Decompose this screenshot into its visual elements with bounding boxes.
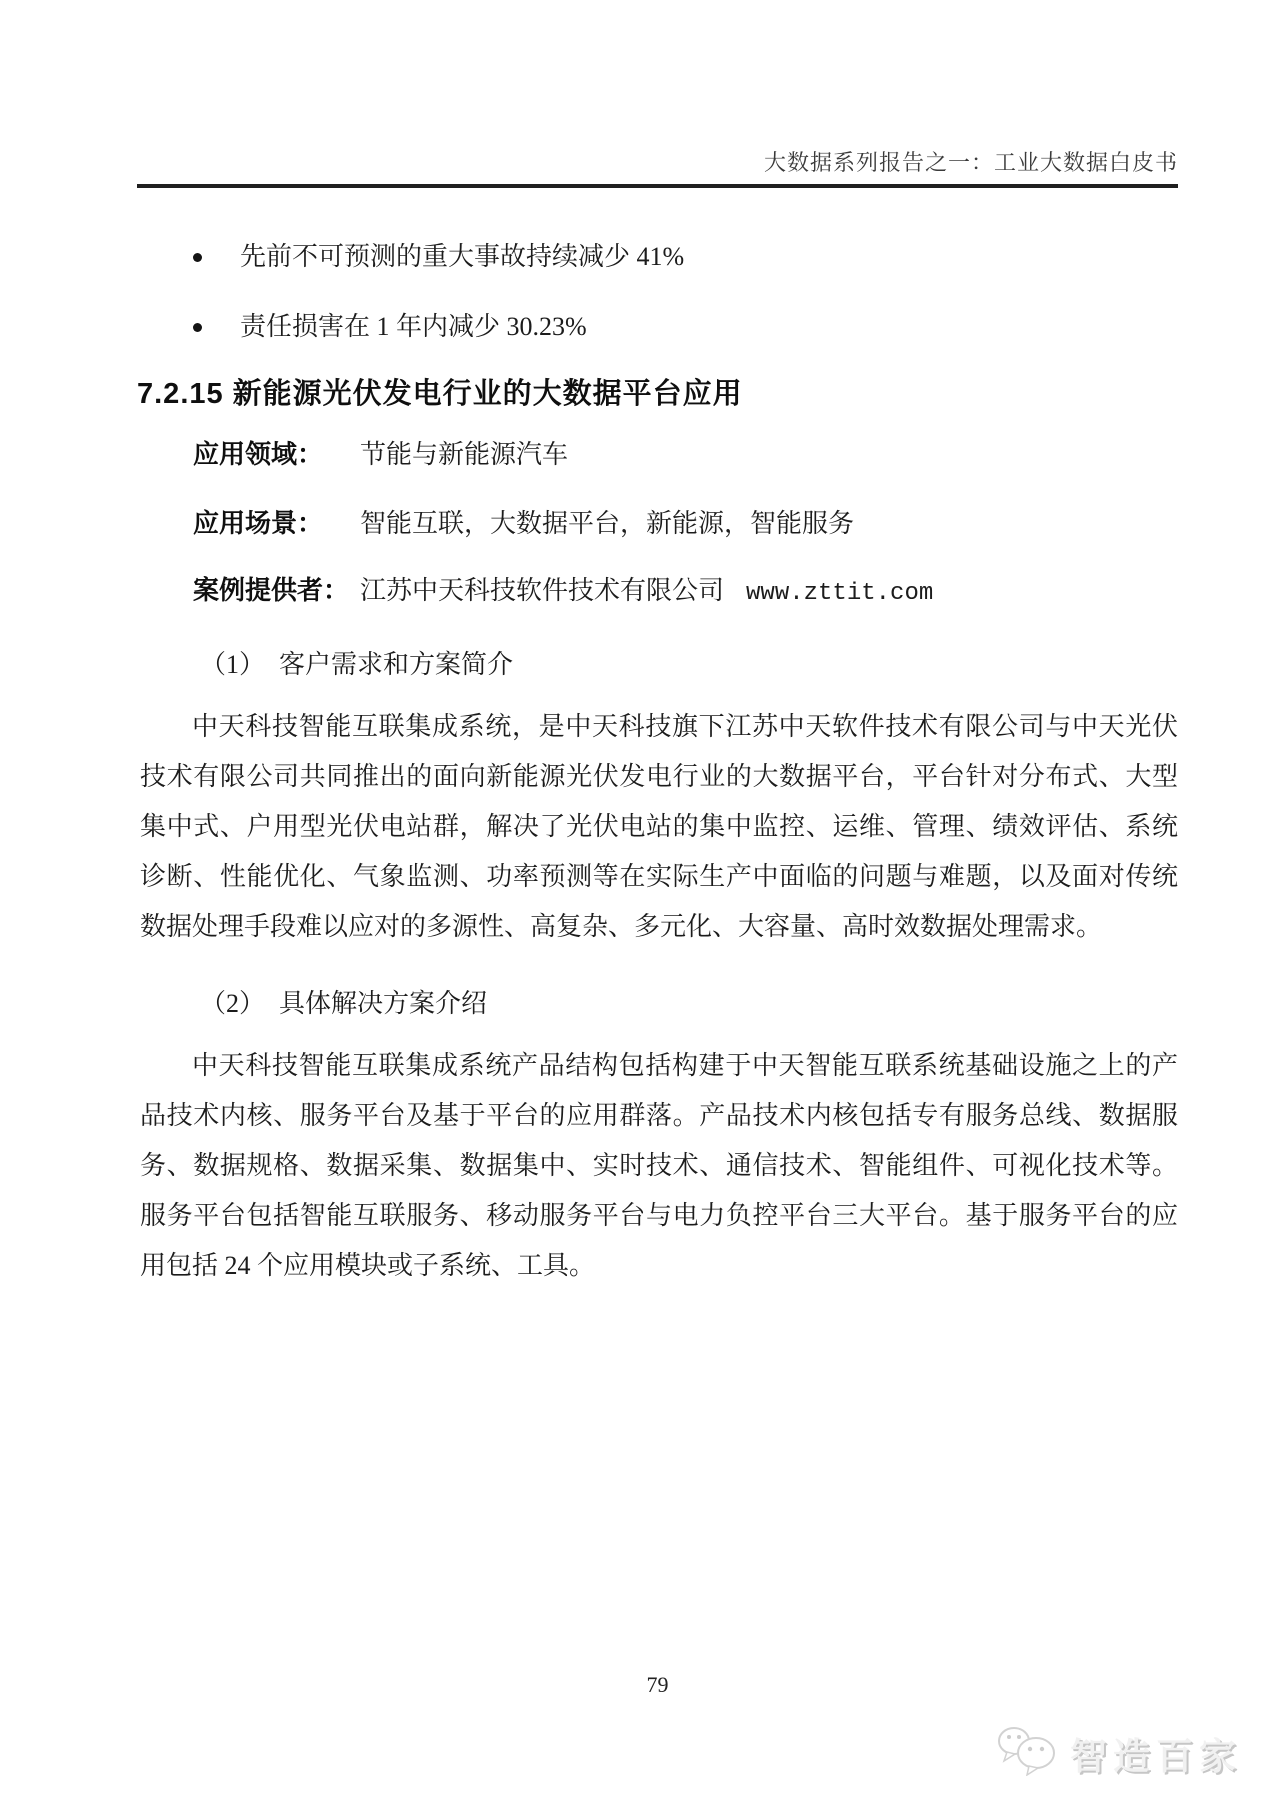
body-paragraph: 中天科技智能互联集成系统，是中天科技旗下江苏中天软件技术有限公司与中天光伏技术有… [140, 702, 1178, 952]
field-row-application-domain: 应用领域： 节能与新能源汽车 [193, 434, 568, 471]
bullet-text: 先前不可预测的重大事故持续减少 41% [240, 241, 684, 273]
field-row-case-provider: 案例提供者： 江苏中天科技软件技术有限公司 www.zttit.com [193, 570, 933, 607]
section-heading: 7.2.15 新能源光伏发电行业的大数据平台应用 [137, 371, 743, 412]
subsection-heading-2: （2）具体解决方案介绍 [200, 983, 487, 1020]
bullet-text: 责任损害在 1 年内减少 30.23% [240, 311, 587, 343]
bullet-dot-icon [193, 253, 202, 262]
field-value: 江苏中天科技软件技术有限公司 [360, 570, 724, 607]
subsection-number: （1） [200, 650, 265, 679]
header-rule [137, 184, 1178, 188]
subsection-number: （2） [200, 989, 265, 1018]
bullet-item: 责任损害在 1 年内减少 30.23% [193, 311, 587, 343]
subsection-heading-1: （1）客户需求和方案简介 [200, 644, 513, 681]
page-header-title: 大数据系列报告之一：工业大数据白皮书 [764, 146, 1178, 177]
subsection-title: 客户需求和方案简介 [279, 650, 513, 679]
watermark-text: 智造百家 [1070, 1726, 1242, 1780]
field-label: 案例提供者： [193, 570, 360, 607]
provider-url: www.zttit.com [746, 580, 933, 607]
body-paragraph: 中天科技智能互联集成系统产品结构包括构建于中天智能互联系统基础设施之上的产品技术… [140, 1041, 1178, 1291]
bullet-dot-icon [193, 323, 202, 332]
document-page: 大数据系列报告之一：工业大数据白皮书 先前不可预测的重大事故持续减少 41% 责… [0, 0, 1280, 1809]
field-label: 应用场景： [193, 503, 360, 540]
bullet-item: 先前不可预测的重大事故持续减少 41% [193, 241, 684, 273]
field-label: 应用领域： [193, 434, 360, 471]
wechat-icon [996, 1724, 1058, 1781]
field-value: 智能互联，大数据平台，新能源，智能服务 [360, 503, 854, 540]
subsection-title: 具体解决方案介绍 [279, 989, 487, 1018]
field-value: 节能与新能源汽车 [360, 434, 568, 471]
page-number: 79 [137, 1672, 1178, 1698]
field-row-application-scenario: 应用场景： 智能互联，大数据平台，新能源，智能服务 [193, 503, 854, 540]
watermark: 智造百家 [996, 1724, 1242, 1781]
